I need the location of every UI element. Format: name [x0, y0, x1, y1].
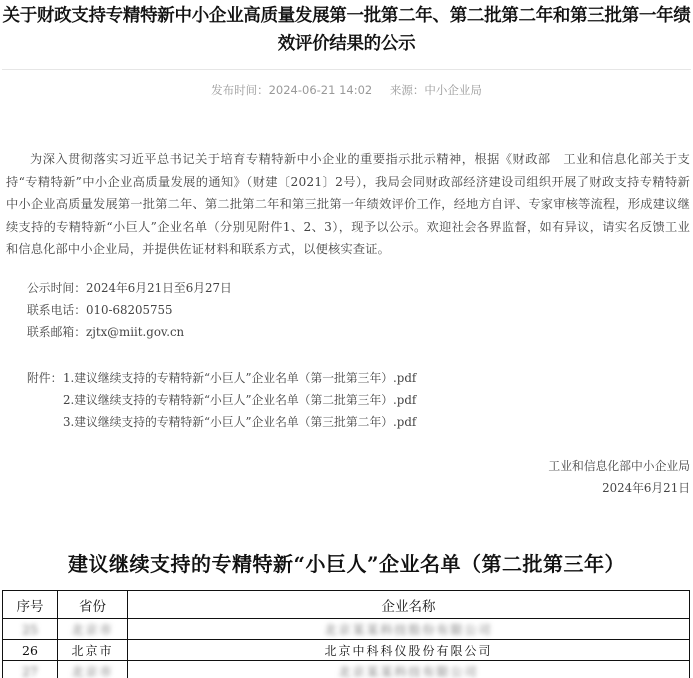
- article-title: 关于财政支持专精特新中小企业高质量发展第一批第二年、第二批第二年和第三批第一年绩…: [0, 2, 693, 58]
- publish-time: 发布时间：2024-06-21 14:02: [211, 83, 372, 97]
- notice-period: 公示时间：2024年6月21日至6月27日: [27, 279, 232, 297]
- table-row: 26 北京市 北京中科科仪股份有限公司: [3, 640, 690, 661]
- article-body: 为深入贯彻落实习近平总书记关于培育专精特新中小企业的重要指示批示精神，根据《财政…: [6, 148, 690, 261]
- table-row-blurred: 27 北京市 北京某某科技有限公司: [3, 661, 690, 678]
- col-header-province: 省份: [58, 591, 128, 619]
- col-header-no: 序号: [3, 591, 58, 619]
- contact-phone: 联系电话：010-68205755: [27, 301, 173, 319]
- attachment-link-1[interactable]: 1.建议继续支持的专精特新“小巨人”企业名单（第一批第三年）.pdf: [63, 369, 416, 387]
- cell-province: 北京市: [58, 640, 128, 661]
- article-meta: 发布时间：2024-06-21 14:02 来源：中小企业局: [0, 82, 693, 98]
- attachment-link-3[interactable]: 3.建议继续支持的专精特新“小巨人”企业名单（第三批第二年）.pdf: [63, 413, 416, 431]
- cell-province: 北京市: [58, 661, 128, 678]
- cell-no: 26: [3, 640, 58, 661]
- cell-company: 北京某某科技股份有限公司: [128, 619, 690, 640]
- contact-email: 联系邮箱：zjtx@miit.gov.cn: [27, 323, 184, 341]
- col-header-company: 企业名称: [128, 591, 690, 619]
- table-header: 序号 省份 企业名称: [3, 591, 690, 619]
- cell-company: 北京中科科仪股份有限公司: [128, 640, 690, 661]
- title-divider: [2, 69, 691, 70]
- cell-province: 北京市: [58, 619, 128, 640]
- cell-company: 北京某某科技有限公司: [128, 661, 690, 678]
- cell-no: 27: [3, 661, 58, 678]
- attachments-label: 附件：: [27, 369, 62, 387]
- source: 来源：中小企业局: [390, 83, 482, 97]
- attachment-link-2[interactable]: 2.建议继续支持的专精特新“小巨人”企业名单（第二批第三年）.pdf: [63, 391, 416, 409]
- table-row-blurred: 25 北京市 北京某某科技股份有限公司: [3, 619, 690, 640]
- signature-org: 工业和信息化部中小企业局: [548, 457, 690, 475]
- list-title: 建议继续支持的专精特新“小巨人”企业名单（第二批第三年）: [0, 548, 693, 577]
- signature-date: 2024年6月21日: [602, 479, 690, 497]
- company-table: 序号 省份 企业名称 25 北京市 北京某某科技股份有限公司 26 北京市 北京…: [2, 590, 690, 678]
- cell-no: 25: [3, 619, 58, 640]
